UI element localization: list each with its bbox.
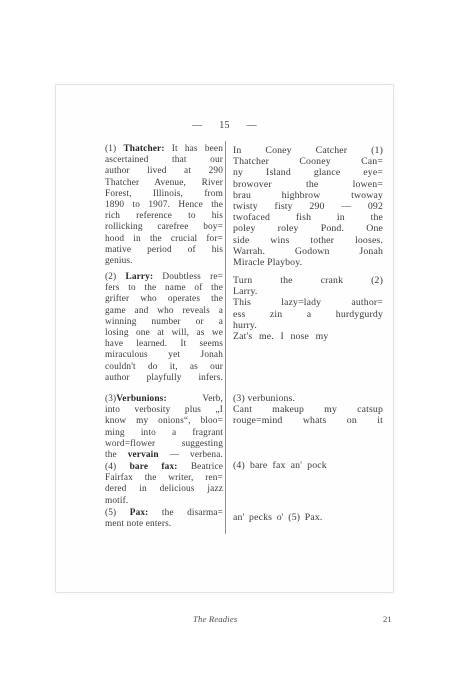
text-run: (1) <box>105 144 123 154</box>
book-page: — 15 — (1) Thatcher: It has beenascertai… <box>0 0 450 675</box>
bold-text: Larry: <box>125 272 153 282</box>
text-run: In Coney Catcher (1) <box>233 145 383 156</box>
paragraph: (2) Larry: Doubtless re=fers to the name… <box>105 272 223 384</box>
running-footer-page-number: 21 <box>383 614 392 624</box>
text-line: brau highbrow twoway <box>233 190 383 201</box>
text-line: 1890 to 1907. Hence the <box>105 200 223 211</box>
text-line: Thatcher Cooney Can= <box>233 156 383 167</box>
text-line: hood in the crucial for= <box>105 234 223 245</box>
text-line: genius. <box>105 256 223 267</box>
text-line: (4) bare fax an' pock <box>233 460 383 471</box>
text-run: ny Island glance eye= <box>233 167 383 178</box>
text-run: game and who reveals a <box>105 306 223 316</box>
text-run: Warrah. Godown Jonah <box>233 246 383 257</box>
paragraph: (3)Verbunions: Verb,into verbosity plus … <box>105 394 223 461</box>
text-run: Turn the crank (2) <box>233 275 383 286</box>
paragraph: (5) Pax: the disarma=ment note enters. <box>105 508 223 530</box>
right-column-readie-text: In Coney Catcher (1)Thatcher Cooney Can=… <box>233 85 383 592</box>
bold-text: Thatcher: <box>123 144 164 154</box>
text-run: hood in the crucial for= <box>105 234 223 244</box>
text-run: the <box>105 450 128 460</box>
text-run: word=flower suggesting <box>105 439 223 449</box>
text-run: (3) verbunions. <box>233 393 295 404</box>
text-line: (3)Verbunions: Verb, <box>105 394 223 405</box>
text-line: rouge=mind whats on it <box>233 415 383 426</box>
text-run: Thatcher Cooney Can= <box>233 156 383 167</box>
text-run: (5) <box>105 508 130 518</box>
text-run: miraculous yet Jonah <box>105 350 223 360</box>
text-run: poley roley Pond. One <box>233 223 383 234</box>
text-line: grifter who operates the <box>105 294 223 305</box>
text-line: side wins tother looses. <box>233 235 383 246</box>
text-line: author playfully infers. <box>105 373 223 384</box>
text-line: rich reference to his <box>105 211 223 222</box>
text-run: (2) <box>105 272 125 282</box>
text-run: an' pecks o' (5) Pax. <box>233 512 323 523</box>
text-line: fers to the name of the <box>105 283 223 294</box>
text-line: Fairfax the writer, ren= <box>105 473 223 484</box>
text-line: Miracle Playboy. <box>233 257 383 268</box>
text-line: word=flower suggesting <box>105 439 223 450</box>
text-run: Doubtless re= <box>153 272 223 282</box>
text-run: Thatcher Avenue, River <box>105 178 223 188</box>
text-line: into verbosity plus „I <box>105 405 223 416</box>
text-line: ascertained that our <box>105 155 223 166</box>
text-run: Verb, <box>167 394 223 404</box>
text-run: have learned. It seems <box>105 339 223 349</box>
text-run: rich reference to his <box>105 211 223 221</box>
text-run: fers to the name of the <box>105 283 223 293</box>
text-run: — verbena. <box>159 450 223 460</box>
text-line: ment note enters. <box>105 519 223 530</box>
text-run: (3) <box>105 394 116 404</box>
text-line: rollicking carefree boy= <box>105 222 223 233</box>
text-run: (4) <box>105 462 130 472</box>
text-line: miraculous yet Jonah <box>105 350 223 361</box>
text-line: mative period of his <box>105 245 223 256</box>
text-run: This lazy=lady author= <box>233 297 383 308</box>
text-run: It has been <box>165 144 223 154</box>
text-line: hurry. <box>233 320 383 331</box>
text-line: author lived at 290 <box>105 166 223 177</box>
running-footer-book-title: The Readies <box>193 614 237 624</box>
paragraph: (3) verbunions.Cant makeup my catsuproug… <box>233 393 383 427</box>
text-line: know my onions“, bloo= <box>105 416 223 427</box>
text-run: browover the lowen= <box>233 179 383 190</box>
text-run: Fairfax the writer, ren= <box>105 473 223 483</box>
scanned-facsimile-page: — 15 — (1) Thatcher: It has beenascertai… <box>55 84 394 593</box>
paragraph: Turn the crank (2)Larry.This lazy=lady a… <box>233 275 383 342</box>
text-run: Forest, Illinois, from <box>105 189 223 199</box>
text-run: genius. <box>105 256 133 266</box>
text-run: couldn't do it, as our <box>105 362 223 372</box>
text-line: motif. <box>105 496 223 507</box>
text-run: ming into a fragrant <box>105 428 223 438</box>
text-line: (5) Pax: the disarma= <box>105 508 223 519</box>
text-line: twofaced fish in the <box>233 212 383 223</box>
left-column-footnotes: (1) Thatcher: It has beenascertained tha… <box>105 85 223 592</box>
bold-text: Pax: <box>130 508 149 518</box>
text-run: Larry. <box>233 286 257 297</box>
text-line: This lazy=lady author= <box>233 297 383 308</box>
text-line: (2) Larry: Doubtless re= <box>105 272 223 283</box>
text-run: author lived at 290 <box>105 166 223 176</box>
text-line: (4) bare fax: Beatrice <box>105 462 223 473</box>
text-run: dered in delicious jazz <box>105 484 223 494</box>
text-line: Warrah. Godown Jonah <box>233 246 383 257</box>
text-line: dered in delicious jazz <box>105 484 223 495</box>
text-run: motif. <box>105 496 128 506</box>
text-run: hurry. <box>233 320 257 331</box>
text-run: twofaced fish in the <box>233 212 383 223</box>
text-run: Zat's me. I nose my <box>233 331 328 342</box>
text-line: Cant makeup my catsup <box>233 404 383 415</box>
text-line: ess zin a hurdygurdy <box>233 309 383 320</box>
text-line: game and who reveals a <box>105 306 223 317</box>
bold-text: Verbunions: <box>116 394 166 404</box>
text-run: rollicking carefree boy= <box>105 222 223 232</box>
bold-text: vervain <box>128 450 159 460</box>
text-line: Larry. <box>233 286 383 297</box>
text-line: Forest, Illinois, from <box>105 189 223 200</box>
text-line: (1) Thatcher: It has been <box>105 144 223 155</box>
text-run: ascertained that our <box>105 155 223 165</box>
text-line: In Coney Catcher (1) <box>233 145 383 156</box>
bold-text: bare fax: <box>130 462 178 472</box>
paragraph: (1) Thatcher: It has beenascertained tha… <box>105 144 223 267</box>
text-line: Thatcher Avenue, River <box>105 178 223 189</box>
text-run: Beatrice <box>178 462 223 472</box>
paragraph: an' pecks o' (5) Pax. <box>233 512 383 523</box>
text-line: couldn't do it, as our <box>105 362 223 373</box>
text-line: twisty fisty 290 — 092 <box>233 201 383 212</box>
text-line: the vervain — verbena. <box>105 450 223 461</box>
text-line: (3) verbunions. <box>233 393 383 404</box>
text-line: Zat's me. I nose my <box>233 331 383 342</box>
text-run: winning number or a <box>105 317 223 327</box>
text-run: ment note enters. <box>105 519 171 529</box>
text-line: poley roley Pond. One <box>233 223 383 234</box>
paragraph: In Coney Catcher (1)Thatcher Cooney Can=… <box>233 145 383 268</box>
text-line: browover the lowen= <box>233 179 383 190</box>
text-run: twisty fisty 290 — 092 <box>233 201 383 212</box>
text-run: mative period of his <box>105 245 223 255</box>
text-run: grifter who operates the <box>105 294 223 304</box>
text-run: ess zin a hurdygurdy <box>233 309 383 320</box>
paragraph: (4) bare fax: BeatriceFairfax the writer… <box>105 462 223 507</box>
text-line: ny Island glance eye= <box>233 167 383 178</box>
text-line: ming into a fragrant <box>105 428 223 439</box>
text-line: winning number or a <box>105 317 223 328</box>
text-run: (4) bare fax an' pock <box>233 460 327 471</box>
text-run: author playfully infers. <box>105 373 223 383</box>
text-run: rouge=mind whats on it <box>233 415 383 426</box>
text-run: side wins tother looses. <box>233 235 383 246</box>
text-run: know my onions“, bloo= <box>105 416 223 426</box>
text-line: an' pecks o' (5) Pax. <box>233 512 383 523</box>
text-line: have learned. It seems <box>105 339 223 350</box>
text-line: Turn the crank (2) <box>233 275 383 286</box>
paragraph: (4) bare fax an' pock <box>233 460 383 471</box>
text-run: the disarma= <box>148 508 223 518</box>
column-divider-rule <box>225 141 226 534</box>
text-run: Miracle Playboy. <box>233 257 302 268</box>
text-run: brau highbrow twoway <box>233 190 383 201</box>
text-line: losing one at will, as we <box>105 328 223 339</box>
text-run: Cant makeup my catsup <box>233 404 383 415</box>
text-run: losing one at will, as we <box>105 328 223 338</box>
text-run: 1890 to 1907. Hence the <box>105 200 223 210</box>
text-run: into verbosity plus „I <box>105 405 223 415</box>
